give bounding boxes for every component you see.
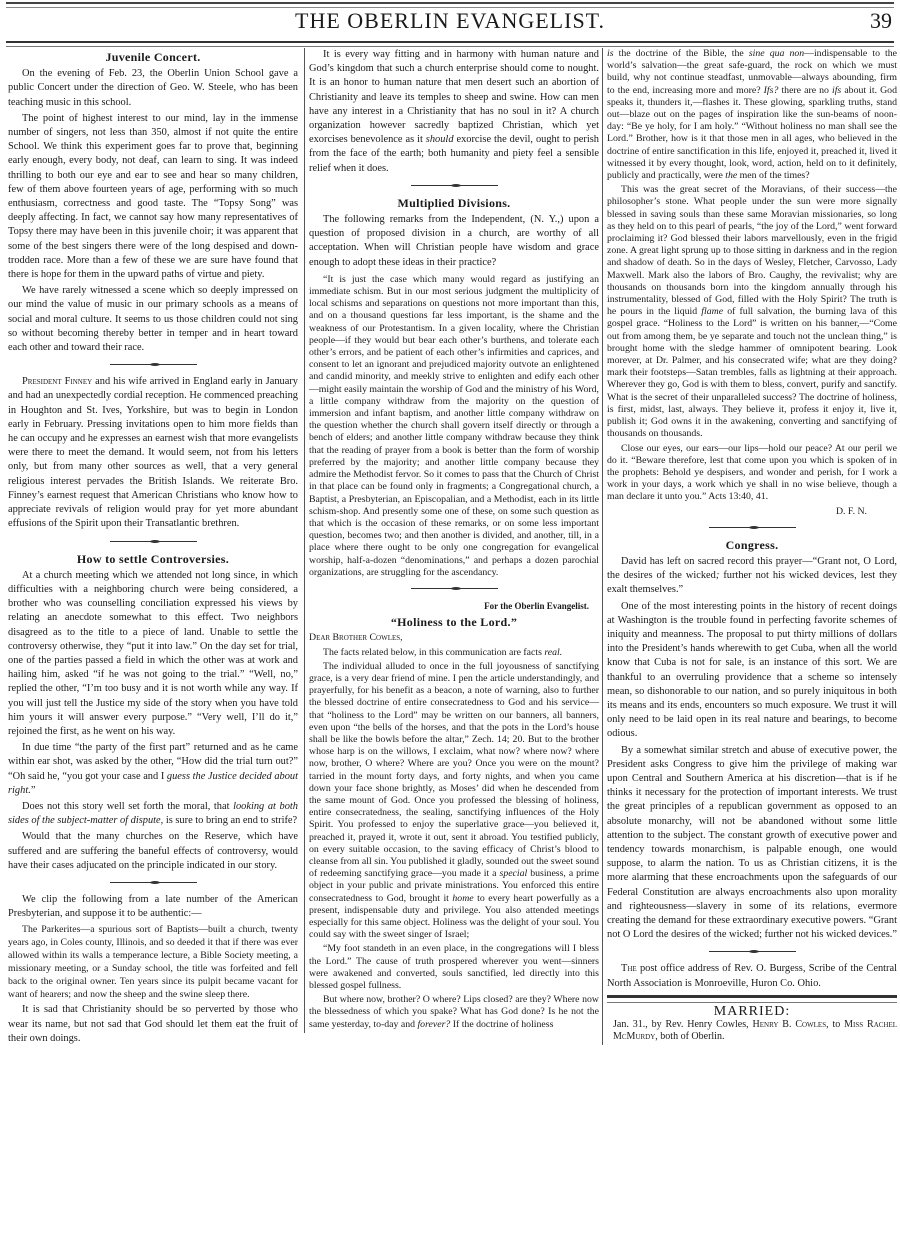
married-notice: Jan. 31., by Rev. Henry Cowles, Henry B.… (607, 1019, 897, 1043)
lead-in: President Finney (22, 376, 92, 387)
married-heading: MARRIED: (607, 1005, 897, 1019)
quoted-paragraph: “It is just the case which many would re… (309, 274, 599, 579)
column-3: is the doctrine of the Bible, the sine q… (602, 48, 897, 1045)
quoted-paragraph: The Parkerites—a spurious sort of Baptis… (8, 923, 298, 1001)
paragraph: is the doctrine of the Bible, the sine q… (607, 48, 897, 182)
paragraph: At a church meeting which we attended no… (8, 569, 298, 739)
paragraph: It is every way fitting and in harmony w… (309, 48, 599, 176)
column-1: Juvenile Concert. On the evening of Feb.… (8, 48, 298, 1048)
paragraph: We have rarely witnessed a scene which s… (8, 284, 298, 355)
paragraph: It is sad that Christianity should be so… (8, 1003, 298, 1046)
paragraph: We clip the following from a late number… (8, 893, 298, 921)
page-number: 39 (870, 8, 892, 34)
article-heading-controversies: How to settle Controversies. (8, 552, 298, 566)
paragraph: But where now, brother? O where? Lips cl… (309, 994, 599, 1031)
holiness-continued: is the doctrine of the Bible, the sine q… (607, 48, 897, 518)
paragraph: “My foot standeth in an even place, in t… (309, 943, 599, 992)
paragraph: By a somewhat similar stretch and abuse … (607, 744, 897, 943)
paragraph-finney: President Finney and his wife arrived in… (8, 375, 298, 531)
ornamental-divider (607, 523, 897, 533)
ornamental-divider (309, 181, 599, 191)
newspaper-title: THE OBERLIN EVANGELIST. (0, 8, 900, 34)
paragraph: Would that the many churches on the Rese… (8, 830, 298, 873)
paragraph: The following remarks from the Independe… (309, 213, 599, 270)
paragraph: The point of highest interest to our min… (8, 112, 298, 282)
ornamental-divider (309, 584, 599, 594)
article-heading-holiness: “Holiness to the Lord.” (309, 615, 599, 629)
masthead: THE OBERLIN EVANGELIST. 39 (0, 0, 900, 46)
signature: D. F. N. (607, 506, 897, 518)
ornamental-divider (8, 360, 298, 370)
paragraph-burgess: The post office address of Rev. O. Burge… (607, 962, 897, 990)
holiness-body: Dear Brother Cowles, The facts related b… (309, 632, 599, 1031)
byline: For the Oberlin Evangelist. (309, 599, 599, 613)
column-2: It is every way fitting and in harmony w… (304, 48, 599, 1033)
paragraph: In due time “the party of the first part… (8, 741, 298, 798)
paragraph: This was the great secret of the Moravia… (607, 184, 897, 440)
ornamental-divider (8, 878, 298, 888)
paragraph: Close our eyes, our ears—our lips—hold o… (607, 443, 897, 504)
paragraph: David has left on sacred record this pra… (607, 555, 897, 598)
masthead-bottom-rule (6, 41, 894, 47)
ornamental-divider (8, 537, 298, 547)
article-heading-divisions: Multiplied Divisions. (309, 196, 599, 210)
salutation: Dear Brother Cowles, (309, 632, 599, 644)
paragraph: The facts related below, in this communi… (309, 647, 599, 659)
paragraph: Does not this story well set forth the m… (8, 800, 298, 828)
article-heading-congress: Congress. (607, 538, 897, 552)
ornamental-divider (607, 947, 897, 957)
married-rule (607, 995, 897, 1003)
article-heading-juvenile-concert: Juvenile Concert. (8, 50, 298, 64)
paragraph: On the evening of Feb. 23, the Oberlin U… (8, 67, 298, 110)
paragraph: The individual alluded to once in the fu… (309, 661, 599, 942)
paragraph: One of the most interesting points in th… (607, 600, 897, 742)
